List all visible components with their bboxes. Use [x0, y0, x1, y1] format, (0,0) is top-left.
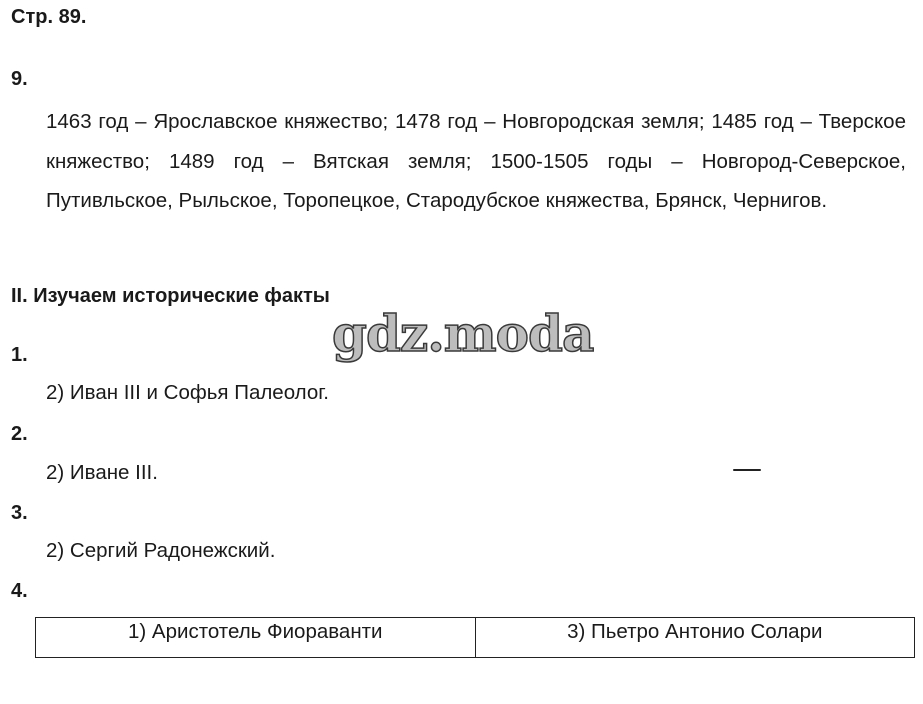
item-2-number: 2. [11, 423, 28, 446]
item-1-number: 1. [11, 344, 28, 367]
stray-dash-mark [733, 469, 761, 471]
item-3-number: 3. [11, 502, 28, 525]
table-cell: 3) Пьетро Антонио Солари [475, 618, 915, 658]
page-number-header: Стр. 89. [11, 6, 86, 29]
table-cell: 1) Аристотель Фиораванти [36, 618, 476, 658]
watermark-logo: gdz.moda [332, 304, 593, 363]
section-title: II. Изучаем исторические факты [11, 285, 330, 308]
task-9-answer-text: 1463 год – Ярославское княжество; 1478 г… [46, 102, 906, 221]
item-3-answer: 2) Сергий Радонежский. [46, 539, 275, 563]
task-9-number: 9. [11, 68, 28, 91]
item-1-answer: 2) Иван III и Софья Палеолог. [46, 381, 329, 405]
item-2-answer: 2) Иване III. [46, 461, 158, 485]
item-4-answer-table: 1) Аристотель Фиораванти 3) Пьетро Антон… [35, 617, 915, 658]
item-4-number: 4. [11, 580, 28, 603]
table-row: 1) Аристотель Фиораванти 3) Пьетро Антон… [36, 618, 915, 658]
